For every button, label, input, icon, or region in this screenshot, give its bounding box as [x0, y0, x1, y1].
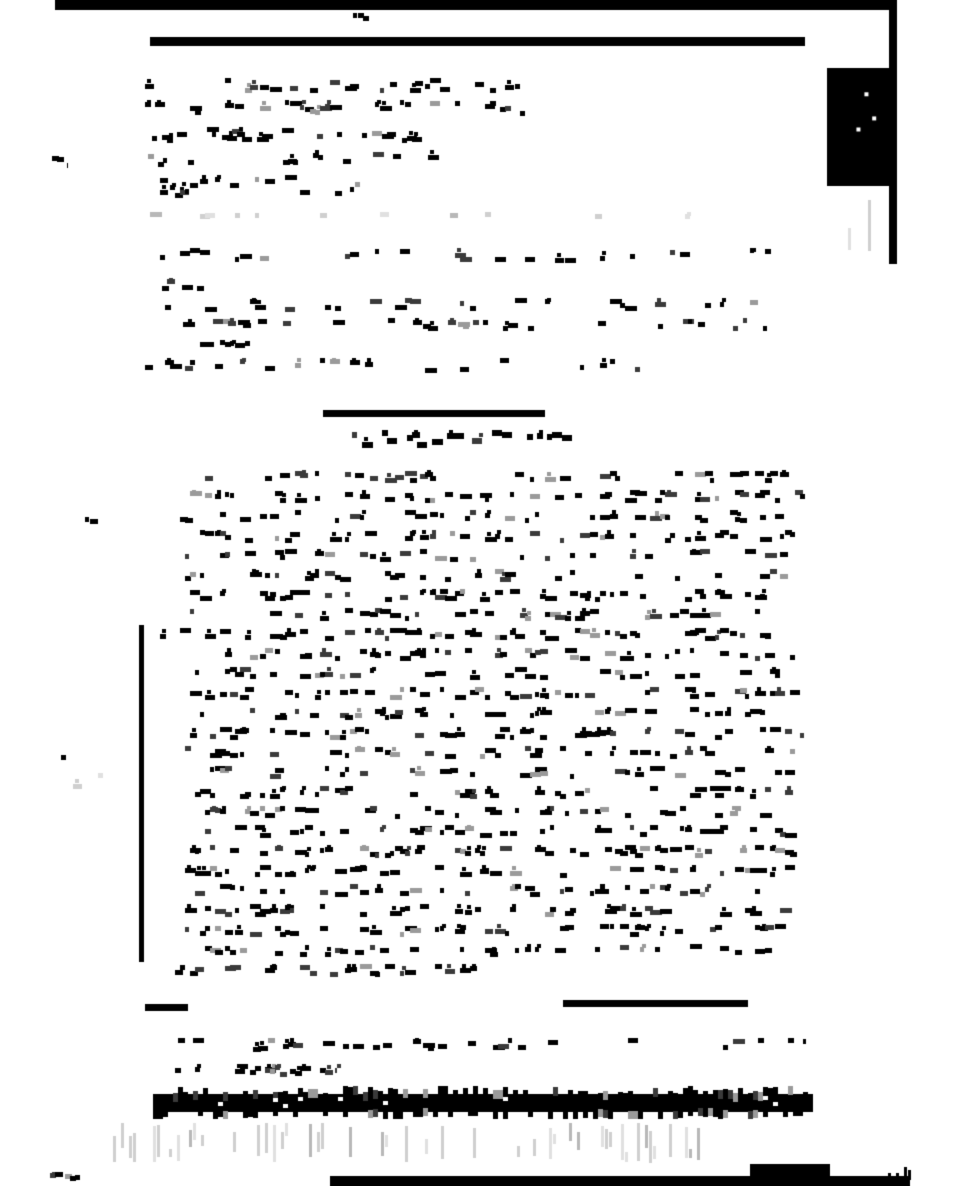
scanned-document-page	[0, 0, 954, 1186]
ghost-text-band	[113, 1120, 703, 1166]
margin-annotations	[44, 150, 104, 830]
section-heading	[350, 426, 575, 454]
footnote-rule-right	[563, 998, 749, 1008]
top-border-bar	[55, 0, 897, 10]
corner-index-tab	[827, 68, 891, 186]
footnote-rule-left	[145, 1002, 190, 1012]
bottom-border-bar	[330, 1162, 912, 1186]
revision-change-bar	[136, 625, 146, 965]
decorative-separator-bar	[150, 1086, 815, 1120]
body-text-block	[150, 465, 810, 990]
section-divider-rule	[323, 405, 548, 420]
intro-paragraph-list	[125, 240, 805, 380]
footnote-text-block	[160, 1034, 810, 1082]
letterhead-address-block	[140, 70, 535, 210]
letterhead-rule	[150, 36, 805, 46]
